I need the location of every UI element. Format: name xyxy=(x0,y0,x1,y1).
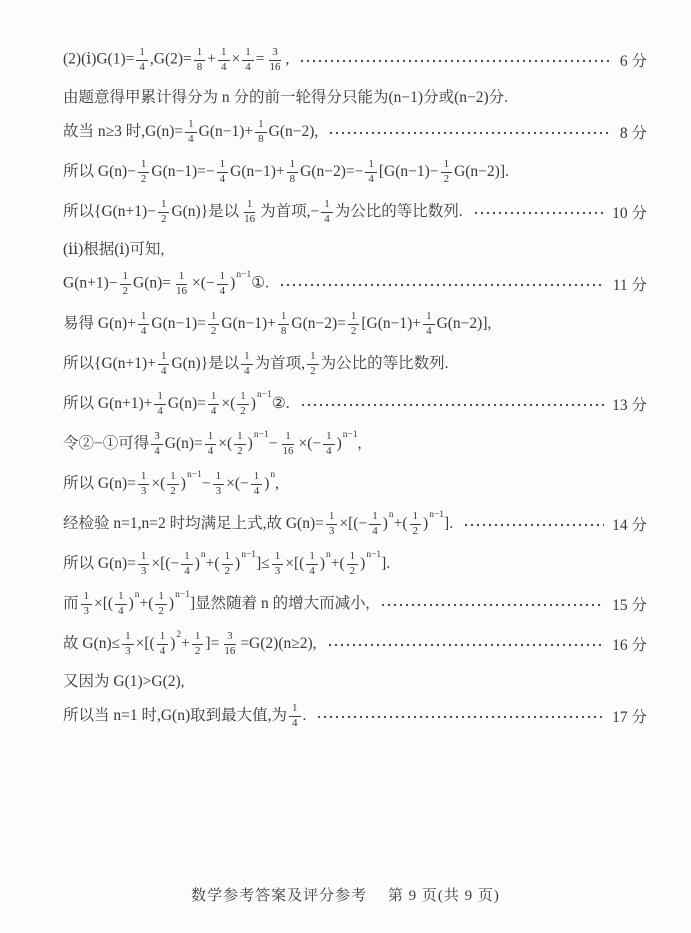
fraction: 12 xyxy=(192,631,204,657)
math-text: ) xyxy=(181,475,186,492)
fraction: 116 xyxy=(173,271,190,297)
answer-line: 故当 n≥3 时,G(n)=14G(n−1)+18G(n−2),8 分 xyxy=(63,112,647,152)
math-expression: 故 G(n)≤13×[(14)2+12]=316=G(2)(n≥2), xyxy=(63,631,317,657)
math-text: ) xyxy=(383,515,388,532)
math-text: 故 G(n)≤ xyxy=(63,635,120,652)
fraction: 12 xyxy=(347,551,359,577)
fraction: 14 xyxy=(365,159,377,185)
math-text: G(n)= xyxy=(133,275,171,292)
math-expression: 由题意得甲累计得分为 n 分的前一轮得分只能为(n−1)分或(n−2)分. xyxy=(63,85,508,107)
math-text: ) xyxy=(230,275,235,292)
fraction: 14 xyxy=(208,391,220,417)
math-text: G(n−1)+ xyxy=(230,163,285,180)
math-expression: 经检验 n=1,n=2 时均满足上式,故 G(n)=13×[(−14)n+(12… xyxy=(63,511,453,537)
exponent: n−1 xyxy=(236,270,251,280)
answer-line: 所以{G(n+1)+14G(n)}是以14为首项,12为公比的等比数列. xyxy=(63,344,647,384)
footer-page-number: 第 9 页(共 9 页) xyxy=(388,888,500,904)
score-label: 15 分 xyxy=(612,593,647,615)
math-expression: 令②−①可得34G(n)=14×(12)n−1−116×(−14)n−1, xyxy=(63,431,362,457)
exponent: n xyxy=(270,470,275,480)
score-label: 13 分 xyxy=(612,393,647,415)
math-text: G(n−2)=− xyxy=(300,163,363,180)
math-text: G(n−1)+ xyxy=(199,123,254,140)
math-text: G(n+1)− xyxy=(63,275,118,292)
math-text: ×[( xyxy=(94,595,113,612)
math-text: 为首项, xyxy=(255,355,305,372)
answer-line: 令②−①可得34G(n)=14×(12)n−1−116×(−14)n−1, xyxy=(63,424,647,464)
fraction: 316 xyxy=(267,47,284,73)
fraction: 18 xyxy=(278,311,290,337)
math-text: ]≤ xyxy=(256,555,270,572)
footer-title: 数学参考答案及评分参考 xyxy=(191,888,367,904)
fraction: 12 xyxy=(222,551,234,577)
fraction: 12 xyxy=(167,471,179,497)
answer-line: 所以当 n=1 时,G(n)取到最大值,为14.17 分 xyxy=(63,696,647,736)
answer-line: G(n+1)−12G(n)=116×(−14)n−1①.11 分 xyxy=(63,264,647,304)
math-expression: 所以 G(n)−12G(n−1)=−14G(n−1)+18G(n−2)=−14[… xyxy=(63,159,509,185)
fraction: 12 xyxy=(237,391,249,417)
answer-line: 所以 G(n)=13×(12)n−1−13×(−14)n, xyxy=(63,464,647,504)
answer-line: 而13×[(14)n+(12)n−1]显然随着 n 的增大而减小,15 分 xyxy=(63,584,647,624)
page: (2)(ⅰ)G(1)=14,G(2)=18+14×14=316,6 分由题意得甲… xyxy=(0,0,691,933)
page-footer: 数学参考答案及评分参考 第 9 页(共 9 页) xyxy=(0,884,691,905)
exponent: n xyxy=(135,590,140,600)
fraction: 34 xyxy=(151,431,163,457)
dotted-leader xyxy=(316,713,604,721)
math-text: ×( xyxy=(221,395,235,412)
math-text: ]= xyxy=(205,635,219,652)
dotted-leader xyxy=(380,601,605,609)
math-expression: 所以 G(n)=13×[(−14)n+(12)n−1]≤13×[(14)n+(1… xyxy=(63,551,390,577)
fraction: 13 xyxy=(272,551,284,577)
math-text: ]. xyxy=(444,515,453,532)
math-text: ) xyxy=(251,395,256,412)
math-text: ×[(− xyxy=(151,555,179,572)
score-label: 6 分 xyxy=(620,49,647,71)
math-expression: 故当 n≥3 时,G(n)=14G(n−1)+18G(n−2), xyxy=(63,119,318,145)
math-text: +( xyxy=(140,595,154,612)
math-text: ]. xyxy=(381,555,390,572)
math-text: ②. xyxy=(272,395,290,412)
fraction: 14 xyxy=(154,391,166,417)
dotted-leader xyxy=(300,401,605,409)
math-text: , xyxy=(286,51,290,68)
math-text: ) xyxy=(248,435,253,452)
math-text: ) xyxy=(264,475,269,492)
fraction: 14 xyxy=(158,351,170,377)
math-text: G(n−2)]. xyxy=(454,163,509,180)
math-text: ×( xyxy=(218,435,232,452)
exponent: n xyxy=(326,550,331,560)
fraction: 116 xyxy=(279,431,296,457)
fraction: 12 xyxy=(208,311,220,337)
fraction: 14 xyxy=(241,351,253,377)
math-text: ,G(2)= xyxy=(150,51,192,68)
fraction: 12 xyxy=(348,311,360,337)
math-text: 所以当 n=1 时,G(n)取到最大值,为 xyxy=(63,707,287,724)
math-text: G(n−2)= xyxy=(291,315,346,332)
exponent: n−1 xyxy=(241,550,256,560)
fraction: 14 xyxy=(157,631,169,657)
math-text: 由题意得甲累计得分为 n 分的前一轮得分只能为(n−1)分或(n−2)分. xyxy=(63,89,508,106)
math-text: 为公比的等比数列. xyxy=(321,355,449,372)
score-label: 8 分 xyxy=(620,121,647,143)
math-text: G(n−1)= xyxy=(151,315,206,332)
math-text: [G(n−1)− xyxy=(379,163,439,180)
answer-line: 由题意得甲累计得分为 n 分的前一轮得分只能为(n−1)分或(n−2)分. xyxy=(63,80,647,112)
exponent: 2 xyxy=(176,630,181,640)
fraction: 12 xyxy=(158,199,170,225)
answer-line: 易得 G(n)+14G(n−1)=12G(n−1)+18G(n−2)=12[G(… xyxy=(63,304,647,344)
score-label: 11 分 xyxy=(613,273,647,295)
math-expression: (ⅱ)根据(ⅰ)可知, xyxy=(63,237,164,259)
math-text: 易得 G(n)+ xyxy=(63,315,136,332)
fraction: 316 xyxy=(221,631,238,657)
math-text: ×[(− xyxy=(339,515,367,532)
math-text: ) xyxy=(170,635,175,652)
fraction: 13 xyxy=(81,591,93,617)
fraction: 14 xyxy=(138,311,150,337)
math-text: ×(− xyxy=(192,275,215,292)
math-text: +( xyxy=(206,555,220,572)
math-text: 所以 G(n)= xyxy=(63,555,136,572)
fraction: 14 xyxy=(289,703,301,729)
fraction: 14 xyxy=(306,551,318,577)
fraction: 12 xyxy=(441,159,453,185)
answer-line: 所以 G(n)=13×[(−14)n+(12)n−1]≤13×[(14)n+(1… xyxy=(63,544,647,584)
math-text: ) xyxy=(195,555,200,572)
math-text: ×(− xyxy=(226,475,249,492)
dotted-leader xyxy=(328,129,612,137)
fraction: 13 xyxy=(122,631,134,657)
math-text: 为公比的等比数列. xyxy=(335,203,463,220)
math-text: . xyxy=(303,707,307,724)
math-expression: 易得 G(n)+14G(n−1)=12G(n−1)+18G(n−2)=12[G(… xyxy=(63,311,491,337)
fraction: 14 xyxy=(205,431,217,457)
math-text: ×( xyxy=(151,475,165,492)
math-text: 所以{G(n+1)+ xyxy=(63,355,156,372)
exponent: n−1 xyxy=(343,430,358,440)
math-text: ) xyxy=(169,595,174,612)
math-text: 为首项,− xyxy=(260,203,319,220)
math-expression: 而13×[(14)n+(12)n−1]显然随着 n 的增大而减小, xyxy=(63,591,370,617)
fraction: 14 xyxy=(218,47,230,73)
fraction: 12 xyxy=(120,271,132,297)
math-text: = xyxy=(256,51,265,68)
math-text: (ⅱ)根据(ⅰ)可知, xyxy=(63,241,164,258)
fraction: 13 xyxy=(213,471,225,497)
answer-line: 经检验 n=1,n=2 时均满足上式,故 G(n)=13×[(−14)n+(12… xyxy=(63,504,647,544)
score-label: 17 分 xyxy=(612,705,647,727)
math-text: − xyxy=(202,475,211,492)
dotted-leader xyxy=(279,281,605,289)
dotted-leader xyxy=(327,641,605,649)
fraction: 14 xyxy=(217,271,229,297)
math-text: 所以 G(n+1)+ xyxy=(63,395,152,412)
math-text: 所以 G(n)− xyxy=(63,163,136,180)
fraction: 14 xyxy=(242,47,254,73)
math-text: ) xyxy=(235,555,240,572)
math-text: × xyxy=(232,51,241,68)
math-text: 又因为 G(1)>G(2), xyxy=(63,673,185,690)
math-expression: 所以{G(n+1)−12G(n)}是以116为首项,−14为公比的等比数列. xyxy=(63,199,463,225)
math-text: =G(2)(n≥2), xyxy=(240,635,316,652)
fraction: 14 xyxy=(115,591,127,617)
fraction: 12 xyxy=(410,511,422,537)
fraction: 18 xyxy=(194,47,206,73)
exponent: n xyxy=(389,510,394,520)
answer-line: (2)(ⅰ)G(1)=14,G(2)=18+14×14=316,6 分 xyxy=(63,40,647,80)
fraction: 18 xyxy=(255,119,267,145)
exponent: n−1 xyxy=(429,510,444,520)
exponent: n−1 xyxy=(257,390,272,400)
math-text: + xyxy=(207,51,216,68)
math-text: 故当 n≥3 时,G(n)= xyxy=(63,123,183,140)
exponent: n xyxy=(201,550,206,560)
dotted-leader xyxy=(473,209,604,217)
math-text: ×(− xyxy=(298,435,321,452)
math-text: ) xyxy=(129,595,134,612)
fraction: 14 xyxy=(181,551,193,577)
math-text: G(n−1)=− xyxy=(151,163,214,180)
math-text: (2)(ⅰ)G(1)= xyxy=(63,51,134,68)
math-text: G(n)}是以 xyxy=(171,203,239,220)
fraction: 14 xyxy=(369,511,381,537)
dotted-leader xyxy=(299,57,611,65)
answer-line: 所以 G(n)−12G(n−1)=−14G(n−1)+18G(n−2)=−14[… xyxy=(63,152,647,192)
math-text: ①. xyxy=(251,275,269,292)
math-expression: 所以 G(n)=13×(12)n−1−13×(−14)n, xyxy=(63,471,279,497)
fraction: 13 xyxy=(326,511,338,537)
math-text: ×[( xyxy=(285,555,304,572)
math-text: ) xyxy=(320,555,325,572)
math-text: ) xyxy=(337,435,342,452)
math-text: , xyxy=(275,475,279,492)
fraction: 12 xyxy=(138,159,150,185)
math-expression: 所以当 n=1 时,G(n)取到最大值,为14. xyxy=(63,703,306,729)
fraction: 14 xyxy=(251,471,263,497)
fraction: 116 xyxy=(241,199,258,225)
math-text: , xyxy=(358,435,362,452)
math-text: ×[( xyxy=(136,635,155,652)
answer-lines: (2)(ⅰ)G(1)=14,G(2)=18+14×14=316,6 分由题意得甲… xyxy=(63,40,647,736)
fraction: 18 xyxy=(287,159,299,185)
math-text: ) xyxy=(423,515,428,532)
exponent: n−1 xyxy=(187,470,202,480)
score-label: 14 分 xyxy=(612,513,647,535)
fraction: 13 xyxy=(138,471,150,497)
math-text: +( xyxy=(331,555,345,572)
fraction: 14 xyxy=(423,311,435,337)
exponent: n−1 xyxy=(366,550,381,560)
math-text: + xyxy=(181,635,190,652)
math-expression: 所以 G(n+1)+14G(n)=14×(12)n−1②. xyxy=(63,391,290,417)
math-text: G(n−2)], xyxy=(437,315,492,332)
fraction: 12 xyxy=(234,431,246,457)
math-text: G(n−2), xyxy=(269,123,319,140)
fraction: 12 xyxy=(155,591,167,617)
math-expression: 又因为 G(1)>G(2), xyxy=(63,669,185,691)
fraction: 14 xyxy=(321,199,333,225)
math-text: 经检验 n=1,n=2 时均满足上式,故 G(n)= xyxy=(63,515,324,532)
math-expression: (2)(ⅰ)G(1)=14,G(2)=18+14×14=316, xyxy=(63,47,289,73)
answer-line: 又因为 G(1)>G(2), xyxy=(63,664,647,696)
answer-line: 所以 G(n+1)+14G(n)=14×(12)n−1②.13 分 xyxy=(63,384,647,424)
math-text: 所以 G(n)= xyxy=(63,475,136,492)
math-text: G(n)= xyxy=(165,435,203,452)
dotted-leader xyxy=(463,521,604,529)
fraction: 14 xyxy=(136,47,148,73)
fraction: 14 xyxy=(185,119,197,145)
math-text: G(n−1)+ xyxy=(221,315,276,332)
math-text: G(n)= xyxy=(168,395,206,412)
answer-line: (ⅱ)根据(ⅰ)可知, xyxy=(63,232,647,264)
score-label: 10 分 xyxy=(612,201,647,223)
score-label: 16 分 xyxy=(612,633,647,655)
fraction: 12 xyxy=(307,351,319,377)
math-expression: 所以{G(n+1)+14G(n)}是以14为首项,12为公比的等比数列. xyxy=(63,351,448,377)
math-text: ) xyxy=(360,555,365,572)
answer-line: 故 G(n)≤13×[(14)2+12]=316=G(2)(n≥2),16 分 xyxy=(63,624,647,664)
answer-line: 所以{G(n+1)−12G(n)}是以116为首项,−14为公比的等比数列.10… xyxy=(63,192,647,232)
fraction: 14 xyxy=(323,431,335,457)
math-text: 而 xyxy=(63,595,79,612)
exponent: n−1 xyxy=(175,590,190,600)
math-text: G(n)}是以 xyxy=(171,355,239,372)
math-text: 令②−①可得 xyxy=(63,435,149,452)
math-text: − xyxy=(269,435,278,452)
exponent: n−1 xyxy=(254,430,269,440)
math-text: [G(n−1)+ xyxy=(361,315,421,332)
math-text: +( xyxy=(394,515,408,532)
math-expression: G(n+1)−12G(n)=116×(−14)n−1①. xyxy=(63,271,269,297)
fraction: 13 xyxy=(138,551,150,577)
math-text: 所以{G(n+1)− xyxy=(63,203,156,220)
fraction: 14 xyxy=(217,159,229,185)
math-text: ]显然随着 n 的增大而减小, xyxy=(190,595,370,612)
